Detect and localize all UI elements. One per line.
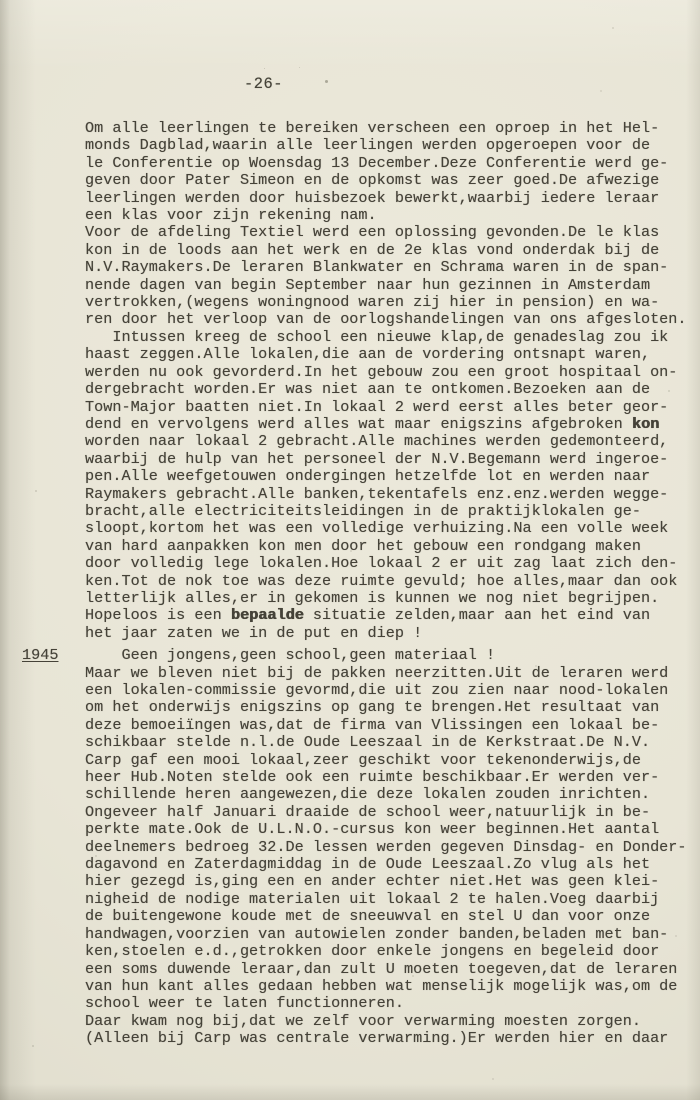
ink-smudge [325, 80, 328, 83]
page-number: -26- [244, 75, 283, 93]
text-run: Om alle leerlingen te bereiken verscheen… [85, 119, 687, 433]
scanned-document-page: -26- Om alle leerlingen te bereiken vers… [0, 0, 700, 1100]
overstruck-word: kon [632, 415, 659, 433]
paragraph-1945: 1945 Geen jongens,geen school,geen mater… [85, 647, 697, 1047]
paragraph-1944: Om alle leerlingen te bereiken verscheen… [85, 120, 697, 642]
text-run: Geen jongens,geen school,geen materiaal … [85, 646, 687, 1047]
margin-year-label: 1945 [22, 647, 58, 664]
overstruck-word: bepaalde [231, 606, 304, 624]
text-run: worden naar lokaal 2 gebracht.Alle machi… [85, 432, 677, 624]
typewritten-text: Om alle leerlingen te bereiken verscheen… [85, 120, 697, 1048]
